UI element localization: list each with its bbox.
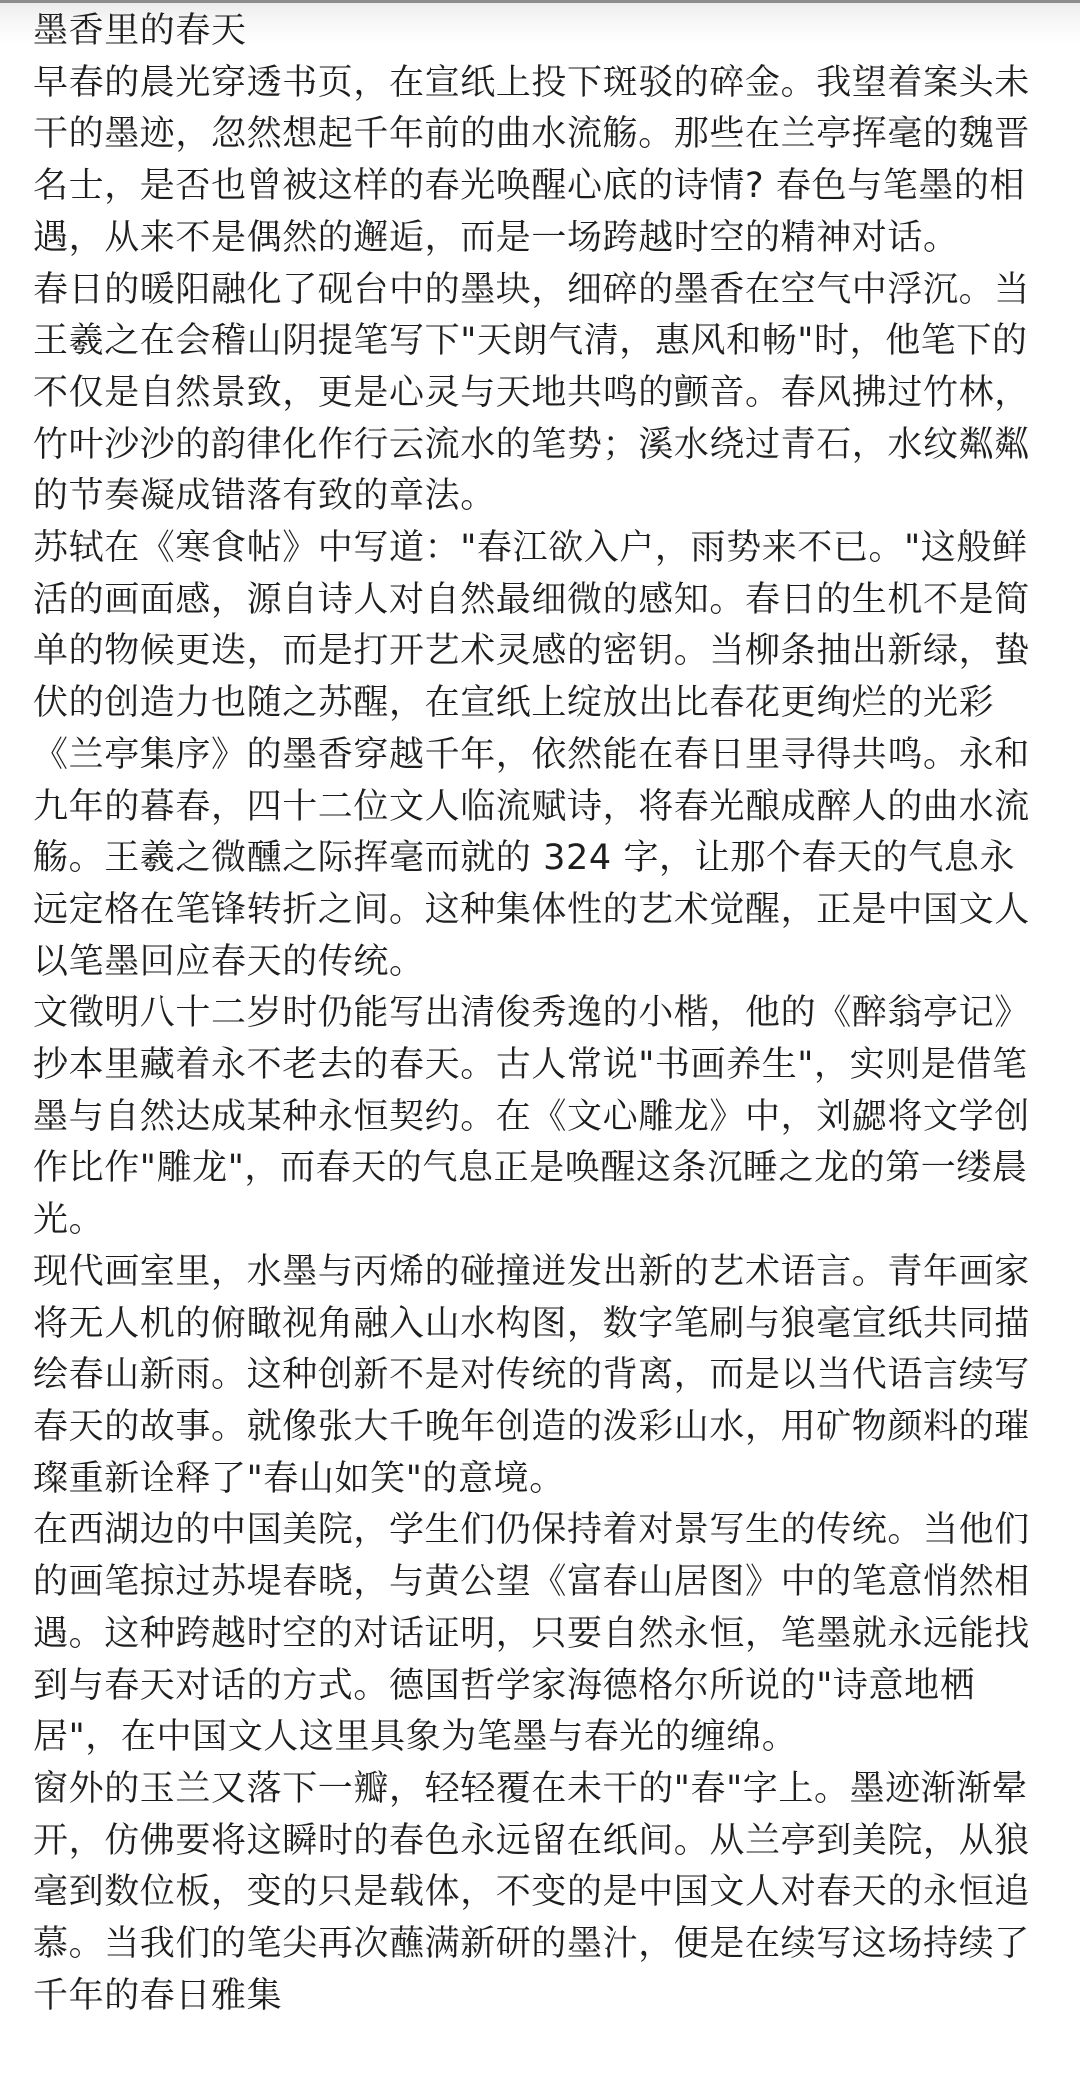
document-page: 墨香里的春天 早春的晨光穿透书页，在宣纸上投下斑驳的碎金。我望着案头未干的墨迹，…: [33, 6, 1033, 2022]
paragraph-6: 现代画室里，水墨与丙烯的碰撞迸发出新的艺术语言。青年画家将无人机的俯瞰视角融入山…: [33, 1247, 1033, 1506]
document-title: 墨香里的春天: [33, 6, 1033, 58]
paragraph-8: 窗外的玉兰又落下一瓣，轻轻覆在未干的"春"字上。墨迹渐渐晕开，仿佛要将这瞬时的春…: [33, 1764, 1033, 2023]
paragraph-3: 苏轼在《寒食帖》中写道："春江欲入户，雨势来不已。"这般鲜活的画面感，源自诗人对…: [33, 523, 1033, 730]
paragraph-5: 文徵明八十二岁时仍能写出清俊秀逸的小楷，他的《醉翁亭记》抄本里藏着永不老去的春天…: [33, 988, 1033, 1247]
paragraph-1: 早春的晨光穿透书页，在宣纸上投下斑驳的碎金。我望着案头未干的墨迹，忽然想起千年前…: [33, 58, 1033, 265]
paragraph-7: 在西湖边的中国美院，学生们仍保持着对景写生的传统。当他们的画笔掠过苏堤春晓，与黄…: [33, 1505, 1033, 1764]
paragraph-2: 春日的暖阳融化了砚台中的墨块，细碎的墨香在空气中浮沉。当王羲之在会稽山阴提笔写下…: [33, 265, 1033, 524]
paragraph-4: 《兰亭集序》的墨香穿越千年，依然能在春日里寻得共鸣。永和九年的暮春，四十二位文人…: [33, 730, 1033, 989]
